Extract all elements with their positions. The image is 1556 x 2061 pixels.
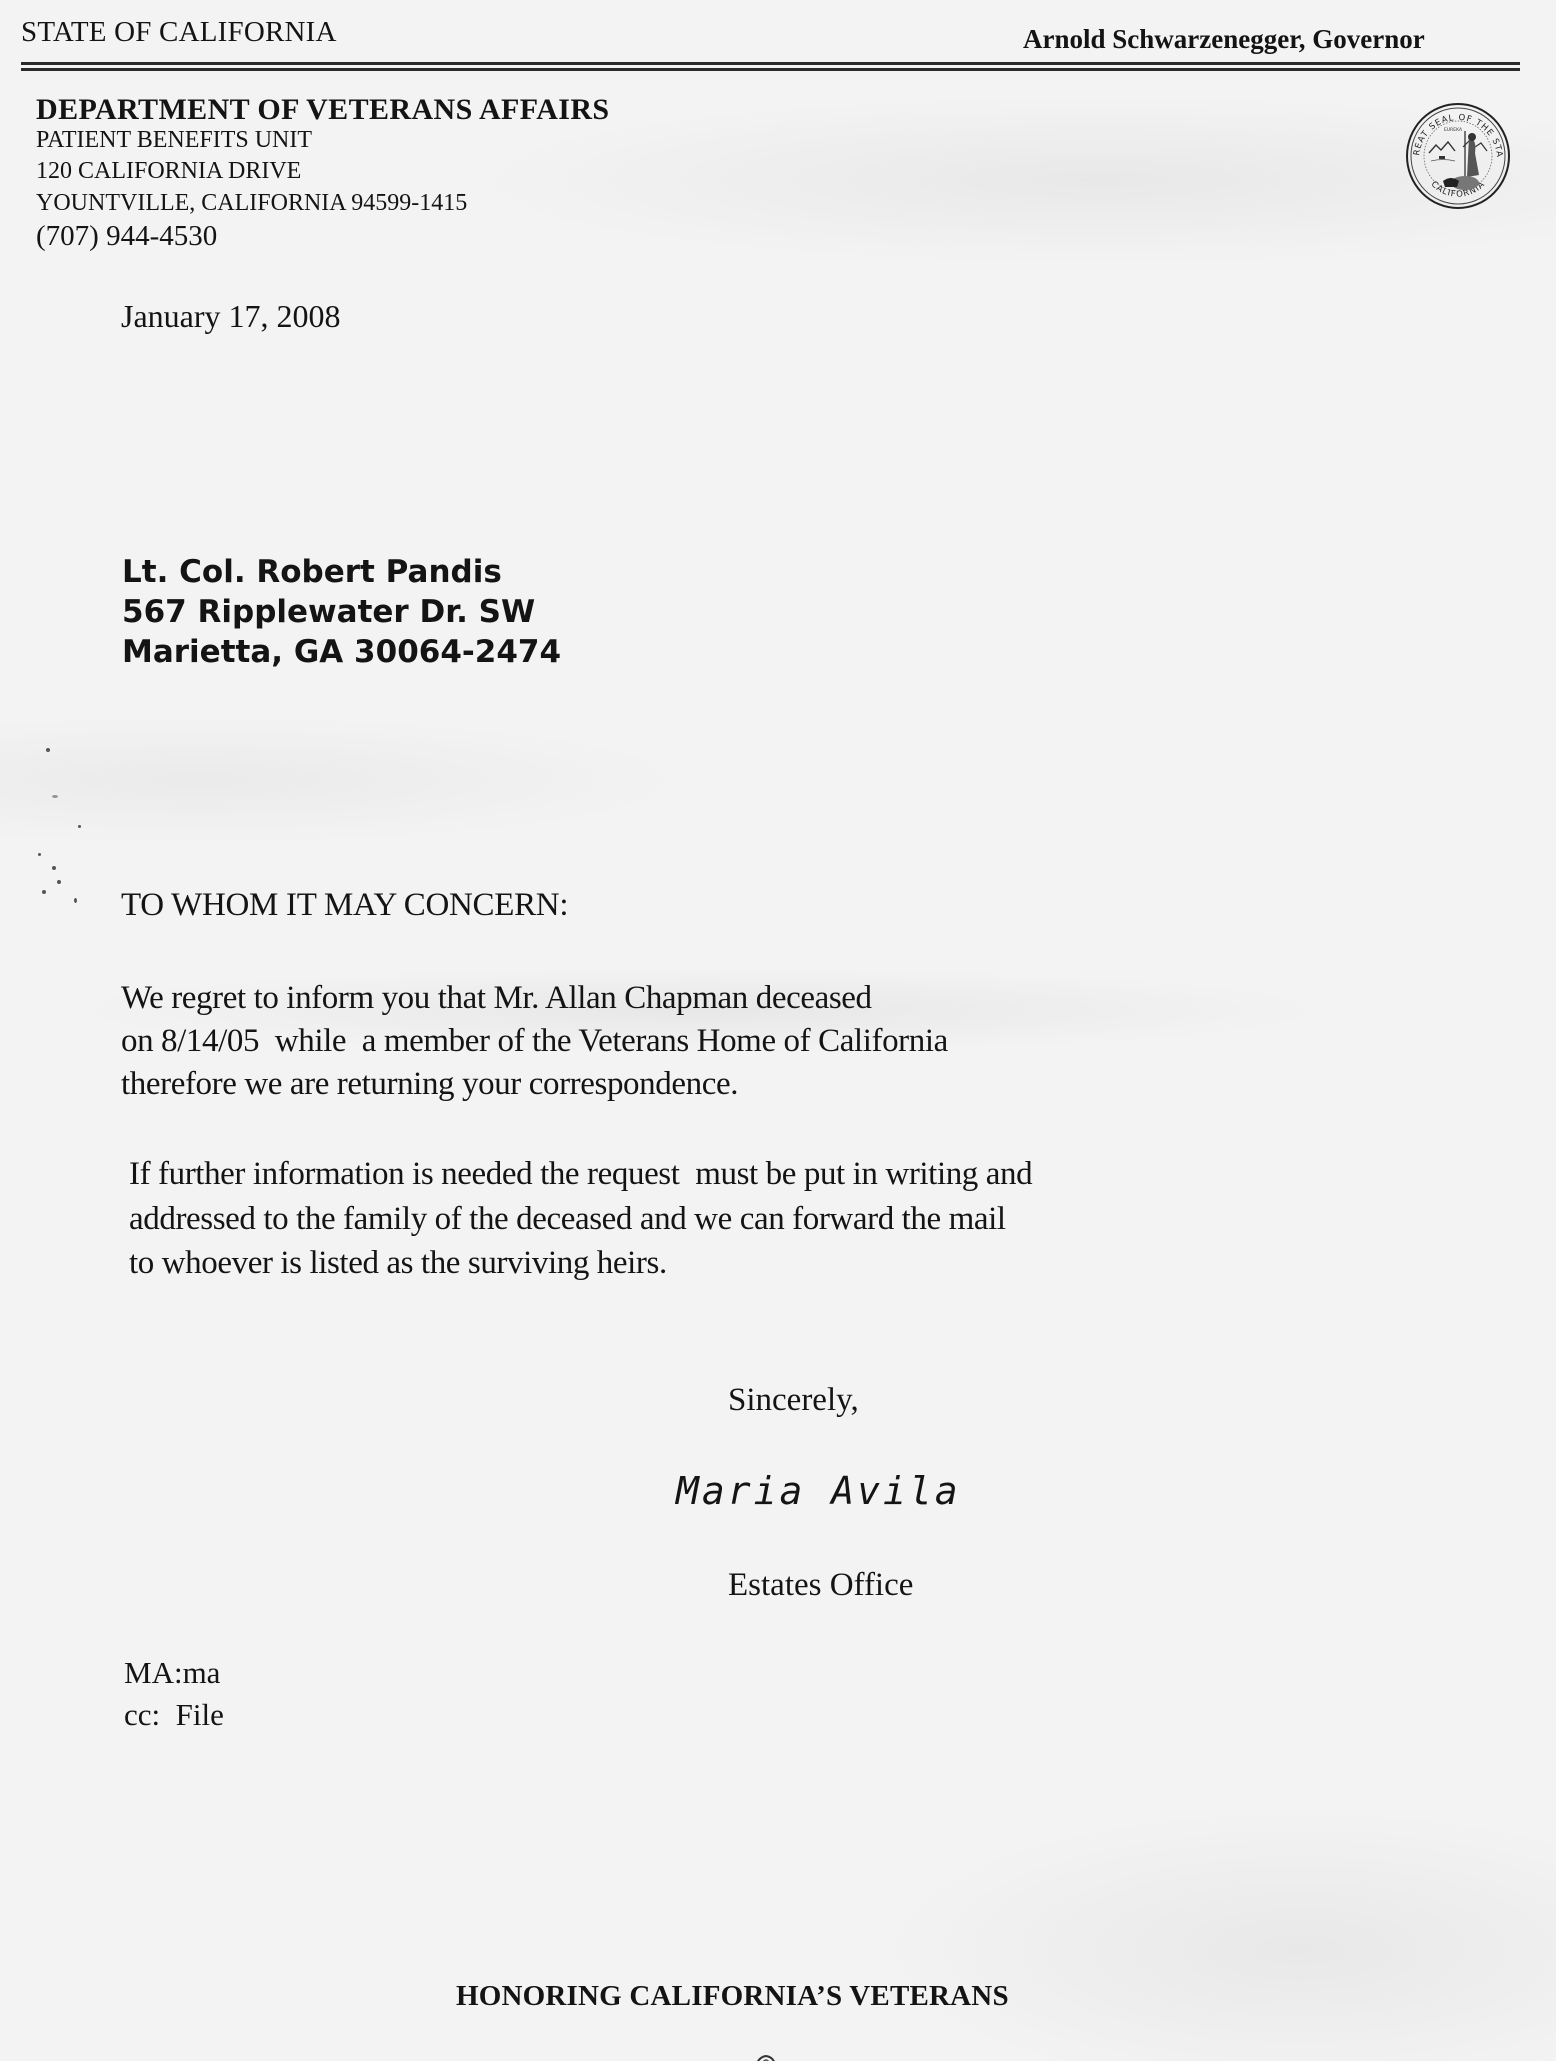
paragraph-line: We regret to inform you that Mr. Allan C… [121, 980, 872, 1017]
department-city-state-zip: YOUNTVILLE, CALIFORNIA 94599-1415 [36, 190, 467, 217]
letterhead-rule-top [21, 62, 1520, 65]
recipient-name: Lt. Col. Robert Pandis [122, 554, 502, 590]
signer-title: Estates Office [728, 1567, 913, 1604]
department-name: DEPARTMENT OF VETERANS AFFAIRS [36, 93, 610, 127]
recipient-street: 567 Ripplewater Dr. SW [122, 594, 535, 630]
paragraph-line: therefore we are returning your correspo… [121, 1066, 738, 1103]
paragraph-line: on 8/14/05 while a member of the Veteran… [121, 1023, 948, 1060]
recipient-city-state-zip: Marietta, GA 30064-2474 [122, 634, 561, 670]
closing: Sincerely, [728, 1382, 859, 1419]
paragraph-line: If further information is needed the req… [129, 1156, 1032, 1193]
department-street: 120 CALIFORNIA DRIVE [36, 158, 301, 185]
great-seal-of-california-icon: THE GREAT SEAL OF THE STATE OF CALIFORNI… [1403, 101, 1513, 211]
letterhead-rule-bottom [21, 68, 1520, 71]
department-phone: (707) 944-4530 [36, 220, 217, 253]
state-heading: STATE OF CALIFORNIA [21, 16, 337, 49]
letter-date: January 17, 2008 [121, 298, 341, 335]
department-unit: PATIENT BENEFITS UNIT [36, 127, 312, 154]
footer-motto: HONORING CALIFORNIA’S VETERANS [456, 1980, 1009, 2013]
reference-initials: MA:ma [124, 1655, 220, 1691]
cc-line: cc: File [124, 1697, 224, 1733]
salutation: TO WHOM IT MAY CONCERN: [121, 887, 568, 924]
svg-text:EUREKA: EUREKA [1444, 127, 1463, 133]
emblem-icon [752, 2053, 780, 2061]
governor-name: Arnold Schwarzenegger, Governor [1023, 24, 1425, 55]
paragraph-line: to whoever is listed as the surviving he… [129, 1245, 667, 1282]
paragraph-line: addressed to the family of the deceased … [129, 1201, 1006, 1238]
signature: Maria Avila [676, 1469, 961, 1513]
